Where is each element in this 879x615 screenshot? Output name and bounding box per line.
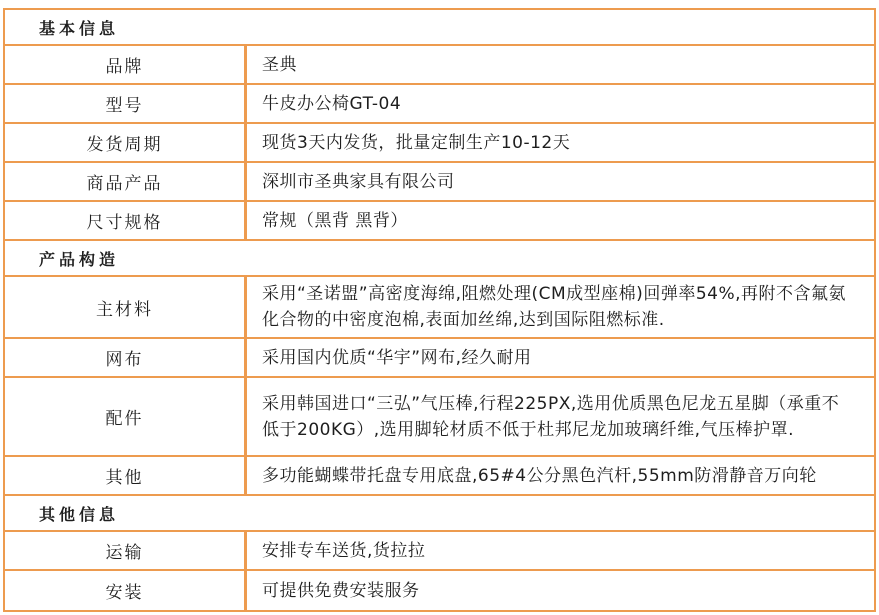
row-main-material: 主材料 采用“圣诺盟”高密度海绵,阻燃处理(CM成型座棉)回弹率54%,再附不含… <box>5 277 874 339</box>
row-value: 采用韩国进口“三弘”气压棒,行程225PX,选用优质黑色尼龙五星脚（承重不低于2… <box>247 378 874 455</box>
row-label: 商品产品 <box>5 163 247 200</box>
row-brand: 品牌 圣典 <box>5 46 874 85</box>
row-mesh: 网布 采用国内优质“华宇”网布,经久耐用 <box>5 339 874 378</box>
row-accessories: 配件 采用韩国进口“三弘”气压棒,行程225PX,选用优质黑色尼龙五星脚（承重不… <box>5 378 874 457</box>
row-shipping: 运输 安排专车送货,货拉拉 <box>5 532 874 571</box>
row-label: 尺寸规格 <box>5 202 247 239</box>
row-value: 安排专车送货,货拉拉 <box>247 532 874 569</box>
row-label: 其他 <box>5 457 247 494</box>
section-basic-info: 基本信息 <box>5 10 874 46</box>
row-value: 现货3天内发货，批量定制生产10-12天 <box>247 124 874 161</box>
row-label: 安装 <box>5 571 247 610</box>
row-delivery-cycle: 发货周期 现货3天内发货，批量定制生产10-12天 <box>5 124 874 163</box>
row-value: 采用国内优质“华宇”网布,经久耐用 <box>247 339 874 376</box>
row-size-spec: 尺寸规格 常规（黑背 黑背） <box>5 202 874 241</box>
row-value: 牛皮办公椅GT-04 <box>247 85 874 122</box>
row-value: 深圳市圣典家具有限公司 <box>247 163 874 200</box>
row-label: 配件 <box>5 378 247 455</box>
section-title: 产品构造 <box>39 247 119 270</box>
row-label: 运输 <box>5 532 247 569</box>
section-title: 基本信息 <box>39 16 119 39</box>
row-value: 常规（黑背 黑背） <box>247 202 874 239</box>
row-value: 圣典 <box>247 46 874 83</box>
section-product-structure: 产品构造 <box>5 241 874 277</box>
row-label: 品牌 <box>5 46 247 83</box>
section-title: 其他信息 <box>39 502 119 525</box>
row-label: 型号 <box>5 85 247 122</box>
row-label: 发货周期 <box>5 124 247 161</box>
row-label: 网布 <box>5 339 247 376</box>
row-model: 型号 牛皮办公椅GT-04 <box>5 85 874 124</box>
row-installation: 安装 可提供免费安装服务 <box>5 571 874 610</box>
row-company: 商品产品 深圳市圣典家具有限公司 <box>5 163 874 202</box>
section-other-info: 其他信息 <box>5 496 874 532</box>
row-label: 主材料 <box>5 277 247 337</box>
row-value: 多功能蝴蝶带托盘专用底盘,65#4公分黑色汽杆,55mm防滑静音万向轮 <box>247 457 874 494</box>
row-other: 其他 多功能蝴蝶带托盘专用底盘,65#4公分黑色汽杆,55mm防滑静音万向轮 <box>5 457 874 496</box>
product-spec-table: 基本信息 品牌 圣典 型号 牛皮办公椅GT-04 发货周期 现货3天内发货，批量… <box>3 8 876 612</box>
row-value: 采用“圣诺盟”高密度海绵,阻燃处理(CM成型座棉)回弹率54%,再附不含氟氨化合… <box>247 277 874 337</box>
row-value: 可提供免费安装服务 <box>247 571 874 610</box>
